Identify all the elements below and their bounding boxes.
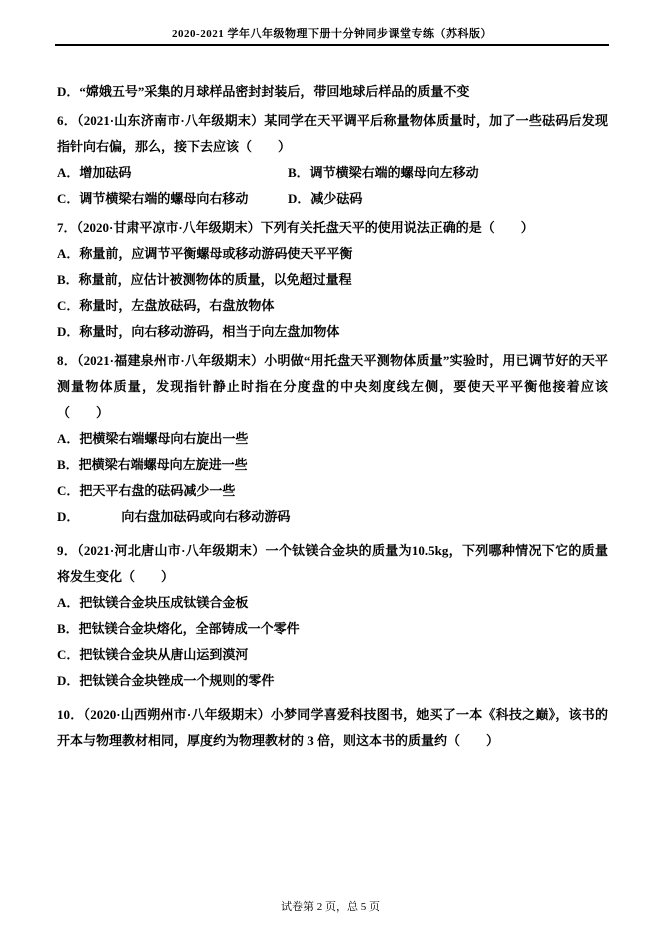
option-d: D．向右盘加砝码或向右移动游码 — [57, 504, 608, 530]
question-number: 8． — [57, 353, 77, 368]
option-d: D．称量时，向右移动游码，相当于向左盘加物体 — [57, 319, 608, 345]
option-text: 称量前，应估计被测物体的质量，以免超过量程 — [79, 272, 352, 287]
option-label: C． — [57, 647, 79, 662]
question-6: 6．（2021·山东济南市·八年级期末）某同学在天平调平后称量物体质量时，加了一… — [57, 108, 608, 212]
option-label: C． — [57, 298, 79, 313]
question-stem: 8．（2021·福建泉州市·八年级期末）小明做“用托盘天平测物体质量”实验时，用… — [57, 348, 608, 426]
option-label: C． — [57, 483, 79, 498]
option-text: 向右盘加砝码或向右移动游码 — [121, 509, 290, 524]
options-grid: A．增加砝码 B．调节横梁右端的螺母向左移动 C．调节横梁右端的螺母向右移动 D… — [57, 160, 608, 212]
option-b: B．称量前，应估计被测物体的质量，以免超过量程 — [57, 267, 608, 293]
question-number: 9． — [57, 543, 77, 558]
question-source: （2021·河北唐山市·八年级期末） — [77, 543, 265, 558]
option-label: A． — [57, 431, 79, 446]
option-b: B．把横梁右端螺母向左旋进一些 — [57, 452, 608, 478]
option-d: D．减少砝码 — [288, 186, 608, 212]
option-text: 把钛镁合金块压成钛镁合金板 — [79, 595, 248, 610]
question-stem: 9．（2021·河北唐山市·八年级期末）一个钛镁合金块的质量为10.5kg，下列… — [57, 538, 608, 590]
option-label: D． — [57, 84, 79, 99]
option-text: 称量时，左盘放砝码，右盘放物体 — [79, 298, 274, 313]
question-source: （2020·山西朔州市·八年级期末） — [83, 707, 270, 722]
option-text: 减少砝码 — [310, 191, 362, 206]
carryover-option-d: D．“嫦娥五号”采集的月球样品密封封装后，带回地球后样品的质量不变 — [57, 79, 608, 105]
option-label: B． — [57, 272, 79, 287]
option-label: C． — [57, 191, 79, 206]
option-text: 增加砝码 — [79, 165, 131, 180]
option-b: B．把钛镁合金块熔化，全部铸成一个零件 — [57, 616, 608, 642]
question-source: （2021·山东济南市·八年级期末） — [77, 113, 264, 128]
question-stem: 10．（2020·山西朔州市·八年级期末）小梦同学喜爱科技图书，她买了一本《科技… — [57, 702, 608, 754]
option-label: B． — [57, 621, 79, 636]
option-label: D． — [57, 509, 79, 524]
question-number: 7． — [57, 220, 77, 235]
option-text: “嫦娥五号”采集的月球样品密封封装后，带回地球后样品的质量不变 — [79, 84, 469, 99]
question-number: 6． — [57, 113, 77, 128]
option-text: 称量前，应调节平衡螺母或移动游码使天平平衡 — [79, 246, 352, 261]
question-stem: 7．（2020·甘肃平凉市·八年级期末）下列有关托盘天平的使用说法正确的是（ ） — [57, 215, 608, 241]
question-8: 8．（2021·福建泉州市·八年级期末）小明做“用托盘天平测物体质量”实验时，用… — [57, 348, 608, 530]
option-text: 把横梁右端螺母向左旋进一些 — [79, 457, 248, 472]
option-text: 把横梁右端螺母向右旋出一些 — [79, 431, 248, 446]
option-c: C．调节横梁右端的螺母向右移动 — [57, 186, 288, 212]
page-header: 2020-2021 学年八年级物理下册十分钟同步课堂专练（苏科版） — [55, 0, 609, 46]
question-stem: 6．（2021·山东济南市·八年级期末）某同学在天平调平后称量物体质量时，加了一… — [57, 108, 608, 160]
page-footer: 试卷第 2 页，总 5 页 — [0, 898, 661, 914]
exam-page: 2020-2021 学年八年级物理下册十分钟同步课堂专练（苏科版） D．“嫦娥五… — [0, 0, 661, 936]
option-b: B．调节横梁右端的螺母向左移动 — [288, 160, 608, 186]
option-d: D．把钛镁合金块锉成一个规则的零件 — [57, 668, 608, 694]
option-text: 把钛镁合金块锉成一个规则的零件 — [79, 673, 274, 688]
page-number-text: 试卷第 2 页，总 5 页 — [281, 901, 380, 913]
option-text: 称量时，向右移动游码，相当于向左盘加物体 — [79, 324, 339, 339]
question-number: 10． — [57, 707, 83, 722]
question-9: 9．（2021·河北唐山市·八年级期末）一个钛镁合金块的质量为10.5kg，下列… — [57, 538, 608, 694]
option-text: 调节横梁右端的螺母向右移动 — [79, 191, 248, 206]
option-a: A．增加砝码 — [57, 160, 288, 186]
option-c: C．把钛镁合金块从唐山运到漠河 — [57, 642, 608, 668]
option-text: 调节横梁右端的螺母向左移动 — [310, 165, 479, 180]
question-source: （2021·福建泉州市·八年级期末） — [77, 353, 264, 368]
option-text: 把钛镁合金块熔化，全部铸成一个零件 — [79, 621, 300, 636]
option-label: D． — [288, 191, 310, 206]
option-label: A． — [57, 246, 79, 261]
option-c: C．称量时，左盘放砝码，右盘放物体 — [57, 293, 608, 319]
option-label: A． — [57, 595, 79, 610]
option-label: D． — [57, 673, 79, 688]
option-label: A． — [57, 165, 79, 180]
option-label: D． — [57, 324, 79, 339]
option-a: A．称量前，应调节平衡螺母或移动游码使天平平衡 — [57, 241, 608, 267]
option-c: C．把天平右盘的砝码减少一些 — [57, 478, 608, 504]
option-label: B． — [288, 165, 310, 180]
question-7: 7．（2020·甘肃平凉市·八年级期末）下列有关托盘天平的使用说法正确的是（ ）… — [57, 215, 608, 345]
option-text: 把天平右盘的砝码减少一些 — [79, 483, 235, 498]
option-text: 把钛镁合金块从唐山运到漠河 — [79, 647, 248, 662]
header-title: 2020-2021 学年八年级物理下册十分钟同步课堂专练（苏科版） — [55, 25, 609, 41]
question-source: （2020·甘肃平凉市·八年级期末） — [77, 220, 261, 235]
exam-content: D．“嫦娥五号”采集的月球样品密封封装后，带回地球后样品的质量不变 6．（202… — [57, 45, 608, 754]
question-10: 10．（2020·山西朔州市·八年级期末）小梦同学喜爱科技图书，她买了一本《科技… — [57, 702, 608, 754]
option-a: A．把钛镁合金块压成钛镁合金板 — [57, 590, 608, 616]
question-stem-text: 下列有关托盘天平的使用说法正确的是（ ） — [261, 220, 534, 235]
option-label: B． — [57, 457, 79, 472]
option-a: A．把横梁右端螺母向右旋出一些 — [57, 426, 608, 452]
